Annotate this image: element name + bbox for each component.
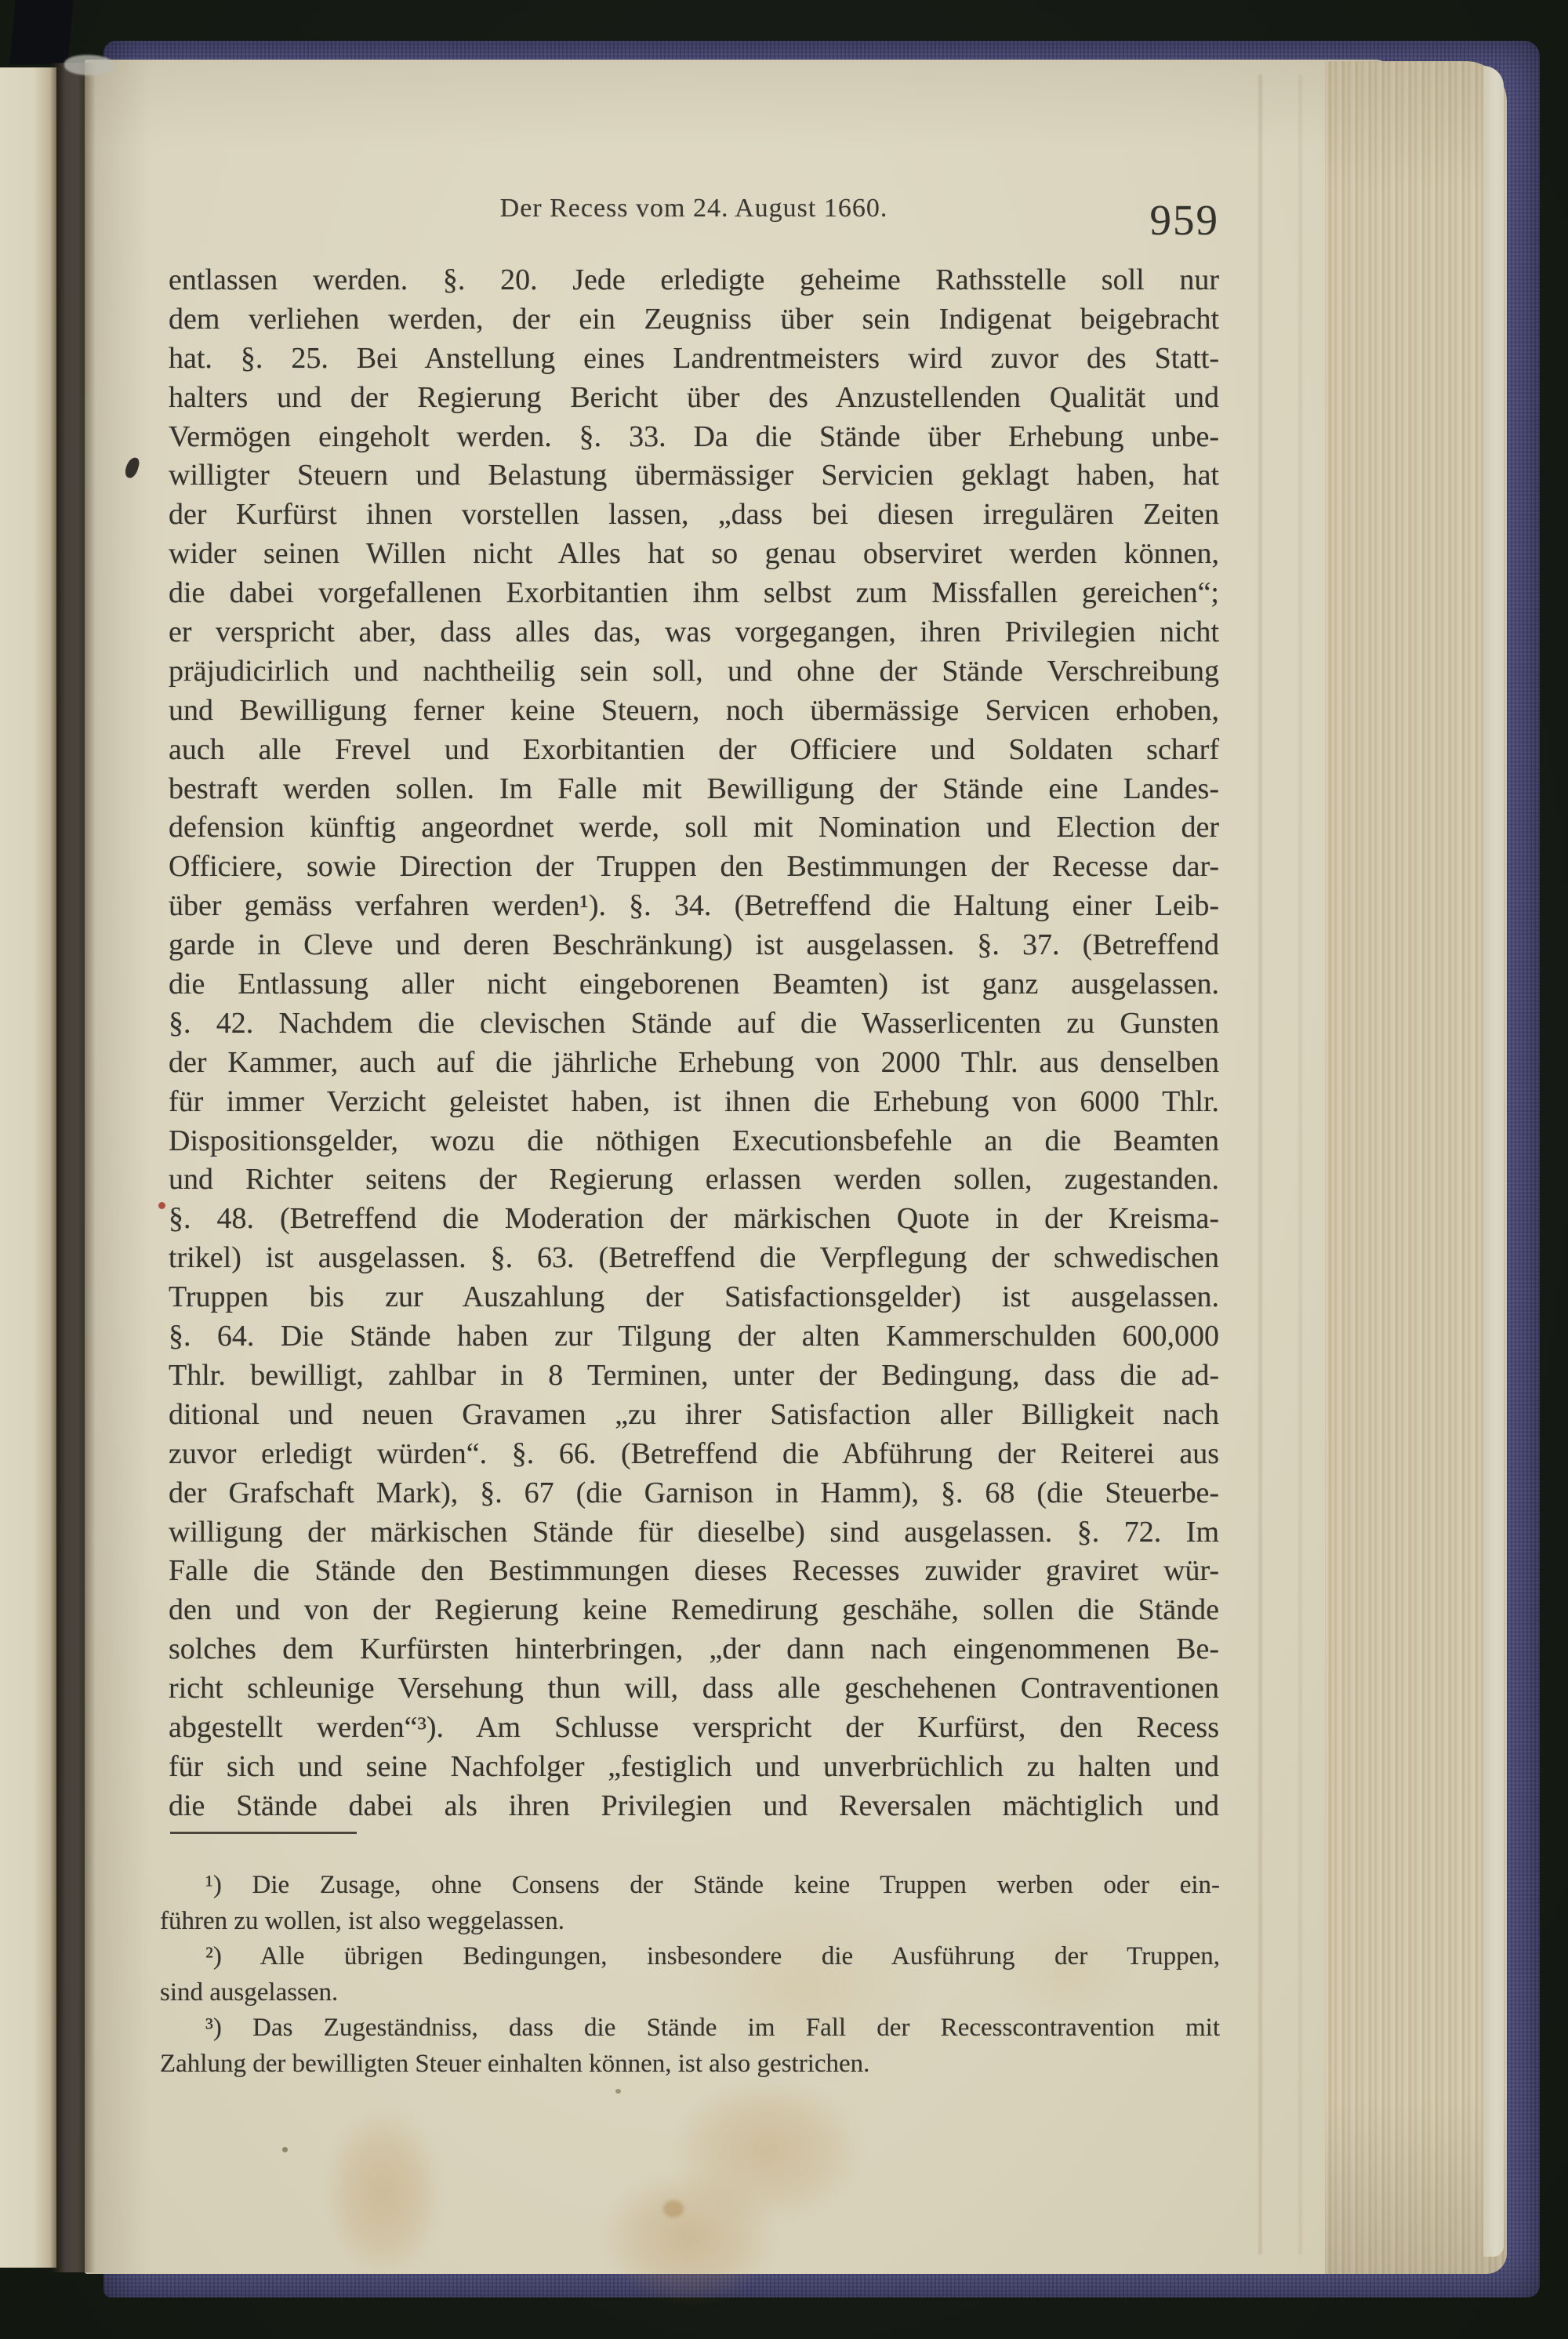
footnote-line: sind ausgelassen. xyxy=(160,1975,1220,2011)
text-line: Thlr. bewilligt, zahlbar in 8 Terminen, … xyxy=(169,1357,1219,1396)
text-line: der Grafschaft Mark), §. 67 (die Garniso… xyxy=(169,1474,1219,1513)
text-line: die Entlassung aller nicht eingeborenen … xyxy=(169,965,1219,1004)
text-line: die dabei vorgefallenen Exorbitantien ih… xyxy=(169,574,1219,613)
text-line: der Kammer, auch auf die jährliche Erheb… xyxy=(169,1044,1219,1083)
text-line: §. 64. Die Stände haben zur Tilgung der … xyxy=(169,1317,1219,1357)
text-line: auch alle Frevel und Exorbitantien der O… xyxy=(169,731,1219,770)
text-line: Vermögen eingeholt werden. §. 33. Da die… xyxy=(169,418,1219,457)
text-line: er verspricht aber, dass alles das, was … xyxy=(169,613,1219,652)
text-line: ditional und neuen Gravamen „zu ihrer Sa… xyxy=(169,1396,1219,1435)
page-number: 959 xyxy=(953,197,1219,244)
text-line: die Stände dabei als ihren Privilegien u… xyxy=(169,1787,1219,1826)
footnote-line: ¹) Die Zusage, ohne Consens der Stände k… xyxy=(160,1868,1220,1904)
text-line: für immer Verzicht geleistet haben, ist … xyxy=(169,1083,1219,1122)
text-line: garde in Cleve und deren Beschränkung) i… xyxy=(169,926,1219,965)
main-text-block: entlassen werden. §. 20. Jede erledigte … xyxy=(169,261,1219,1826)
text-line: Officiere, sowie Direction der Truppen d… xyxy=(169,848,1219,887)
footnote-line: führen zu wollen, ist also weggelassen. xyxy=(160,1904,1220,1940)
text-line: bestraft werden sollen. Im Falle mit Bew… xyxy=(169,770,1219,809)
footnote-line: ²) Alle übrigen Bedingungen, insbesonder… xyxy=(160,1939,1220,1975)
text-line: über gemäss verfahren werden¹). §. 34. (… xyxy=(169,887,1219,926)
text-line: Truppen bis zur Auszahlung der Satisfact… xyxy=(169,1278,1219,1317)
text-line: und Bewilligung ferner keine Steuern, no… xyxy=(169,692,1219,731)
text-line: trikel) ist ausgelassen. §. 63. (Betreff… xyxy=(169,1239,1219,1278)
text-line: den und von der Regierung keine Remediru… xyxy=(169,1591,1219,1630)
text-line: dem verliehen werden, der ein Zeugniss ü… xyxy=(169,300,1219,340)
text-line: Dispositionsgelder, wozu die nöthigen Ex… xyxy=(169,1122,1219,1161)
text-line: entlassen werden. §. 20. Jede erledigte … xyxy=(169,261,1219,300)
text-line: §. 42. Nachdem die clevischen Stände auf… xyxy=(169,1004,1219,1044)
footnote-line: Zahlung der bewilligten Steuer einhalten… xyxy=(160,2047,1220,2083)
footnote-line: ³) Das Zugeständniss, dass die Stände im… xyxy=(160,2010,1220,2047)
footnotes-block: ¹) Die Zusage, ohne Consens der Stände k… xyxy=(160,1868,1220,2083)
text-line: willigung der märkischen Stände für dies… xyxy=(169,1513,1219,1553)
text-line: defension künftig angeordnet werde, soll… xyxy=(169,808,1219,848)
page-content: Der Recess vom 24. August 1660. 959 entl… xyxy=(0,0,1568,2339)
text-line: zuvor erledigt würden“. §. 66. (Betreffe… xyxy=(169,1435,1219,1474)
text-line: der Kurfürst ihnen vorstellen lassen, „d… xyxy=(169,496,1219,535)
text-line: willigter Steuern und Belastung übermäss… xyxy=(169,456,1219,496)
scan-background: { "header": { "running_title": "Der Rece… xyxy=(0,0,1568,2339)
text-line: hat. §. 25. Bei Anstellung eines Landren… xyxy=(169,340,1219,379)
text-line: halters und der Regierung Bericht über d… xyxy=(169,379,1219,418)
text-line: für sich und seine Nachfolger „festiglic… xyxy=(169,1748,1219,1787)
text-line: und Richter seitens der Regierung erlass… xyxy=(169,1160,1219,1200)
text-line: §. 48. (Betreffend die Moderation der mä… xyxy=(169,1200,1219,1239)
text-line: richt schleunige Versehung thun will, da… xyxy=(169,1669,1219,1709)
text-line: präjudicirlich und nachtheilig sein soll… xyxy=(169,652,1219,692)
text-line: abgestellt werden“³). Am Schlusse verspr… xyxy=(169,1709,1219,1748)
text-line: solches dem Kurfürsten hinterbringen, „d… xyxy=(169,1630,1219,1669)
text-line: Falle die Stände den Bestimmungen dieses… xyxy=(169,1552,1219,1591)
footnote-separator xyxy=(170,1832,357,1834)
text-line: wider seinen Willen nicht Alles hat so g… xyxy=(169,535,1219,574)
